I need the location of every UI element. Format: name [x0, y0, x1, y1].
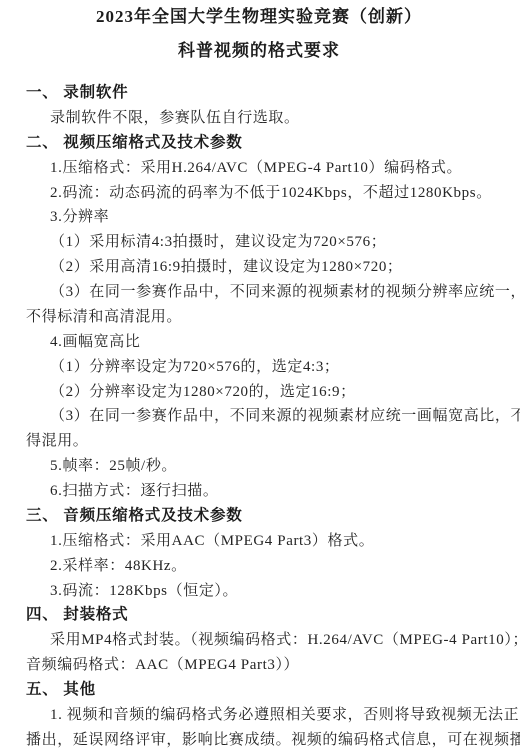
body-line: 采用MP4格式封装。（视频编码格式：H.264/AVC（MPEG-4 Part1… [26, 628, 492, 653]
paragraph-continuation: 播出，延误网络评审，影响比赛成绩。视频的编码格式信息，可在视频播放 [26, 728, 492, 751]
list-item: 1.压缩格式：采用H.264/AVC（MPEG-4 Part10）编码格式。 [26, 156, 492, 181]
list-item: 4.画幅宽高比 [26, 330, 492, 355]
section-heading-3: 三、 音频压缩格式及技术参数 [26, 504, 492, 529]
list-item: 1.压缩格式：采用AAC（MPEG4 Part3）格式。 [26, 529, 492, 554]
document-title-line2: 科普视频的格式要求 [26, 34, 492, 68]
list-subitem: （1）采用标清4:3拍摄时，建议设定为720×576； [26, 230, 492, 255]
section-heading-5: 五、 其他 [26, 678, 492, 703]
list-subitem: （3）在同一参赛作品中，不同来源的视频素材应统一画幅宽高比，不 [26, 404, 492, 429]
list-subitem: （1）分辨率设定为720×576的，选定4:3； [26, 355, 492, 380]
list-subitem: （2）分辨率设定为1280×720的，选定16:9； [26, 380, 492, 405]
document-page: 2023年全国大学生物理实验竞赛（创新） 科普视频的格式要求 一、 录制软件 录… [0, 0, 520, 751]
list-item: 1. 视频和音频的编码格式务必遵照相关要求，否则将导致视频无法正常 [26, 703, 492, 728]
section-heading-4: 四、 封装格式 [26, 603, 492, 628]
list-item: 6.扫描方式：逐行扫描。 [26, 479, 492, 504]
list-item: 3.分辨率 [26, 205, 492, 230]
list-item: 2.采样率：48KHz。 [26, 554, 492, 579]
list-item: 5.帧率：25帧/秒。 [26, 454, 492, 479]
paragraph-continuation: 音频编码格式：AAC（MPEG4 Part3）） [26, 653, 492, 678]
title-spacer [26, 68, 492, 81]
list-item: 2.码流：动态码流的码率为不低于1024Kbps，不超过1280Kbps。 [26, 181, 492, 206]
list-subitem: （2）采用高清16:9拍摄时，建议设定为1280×720； [26, 255, 492, 280]
document-title-line1: 2023年全国大学生物理实验竞赛（创新） [26, 0, 492, 34]
section-heading-1: 一、 录制软件 [26, 81, 492, 106]
paragraph-continuation: 不得标清和高清混用。 [26, 305, 492, 330]
list-subitem: （3）在同一参赛作品中，不同来源的视频素材的视频分辨率应统一， [26, 280, 492, 305]
paragraph-continuation: 得混用。 [26, 429, 492, 454]
list-item: 3.码流：128Kbps（恒定）。 [26, 579, 492, 604]
section-heading-2: 二、 视频压缩格式及技术参数 [26, 131, 492, 156]
body-line: 录制软件不限，参赛队伍自行选取。 [26, 106, 492, 131]
